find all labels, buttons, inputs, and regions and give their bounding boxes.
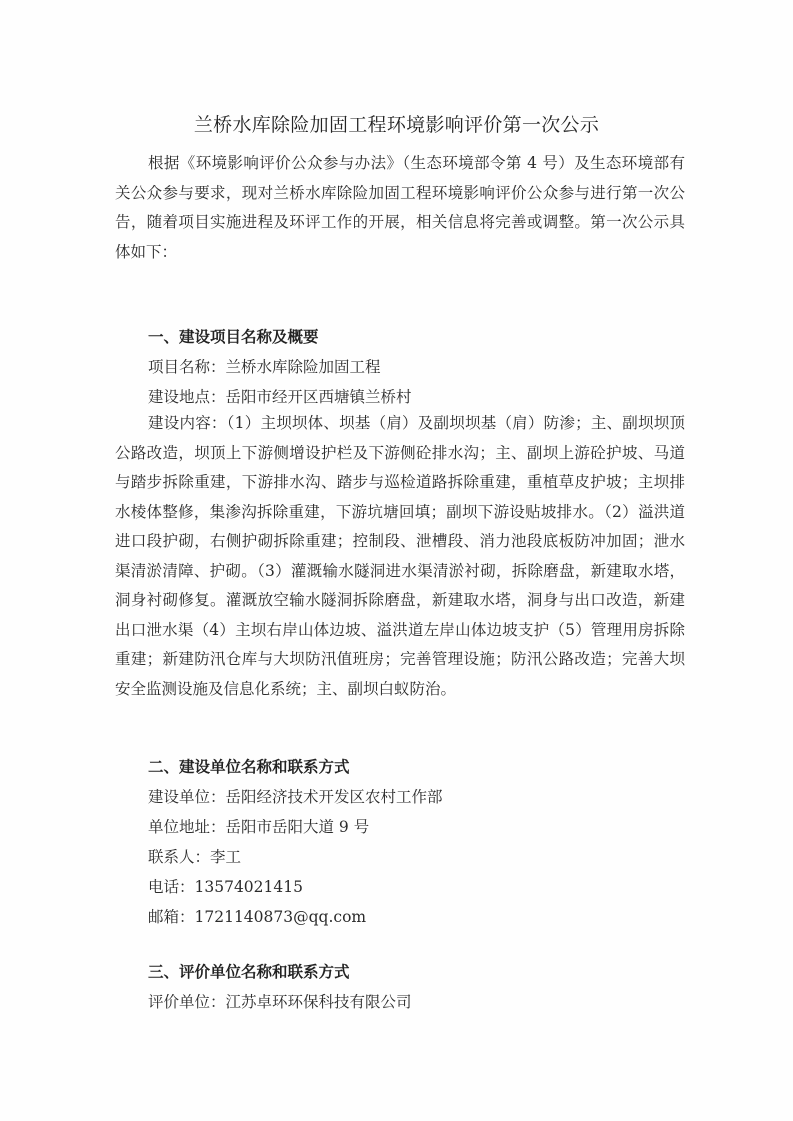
project-name: 项目名称：兰桥水库除险加固工程 <box>148 355 381 377</box>
project-content: 建设内容：（1）主坝坝体、坝基（肩）及副坝坝基（肩）防渗；主、副坝坝顶公路改造，… <box>115 409 685 704</box>
document-title: 兰桥水库除险加固工程环境影响评价第一次公示 <box>0 110 793 137</box>
email: 邮箱：1721140873@qq.com <box>148 905 366 927</box>
construction-unit: 建设单位：岳阳经济技术开发区农村工作部 <box>148 785 443 807</box>
section1-heading: 一、建设项目名称及概要 <box>148 325 319 347</box>
document-page: 兰桥水库除险加固工程环境影响评价第一次公示 根据《环境影响评价公众参与办法》（生… <box>0 0 793 1121</box>
evaluation-unit: 评价单位：江苏卓环环保科技有限公司 <box>148 990 412 1012</box>
contact-person: 联系人：李工 <box>148 845 241 867</box>
project-location: 建设地点：岳阳市经开区西塘镇兰桥村 <box>148 385 412 407</box>
unit-address: 单位地址：岳阳市岳阳大道 9 号 <box>148 815 369 837</box>
section3-heading: 三、评价单位名称和联系方式 <box>148 960 350 982</box>
phone: 电话：13574021415 <box>148 875 303 897</box>
section2-heading: 二、建设单位名称和联系方式 <box>148 755 350 777</box>
intro-paragraph: 根据《环境影响评价公众参与办法》（生态环境部令第 4 号）及生态环境部有关公众参… <box>115 149 685 267</box>
